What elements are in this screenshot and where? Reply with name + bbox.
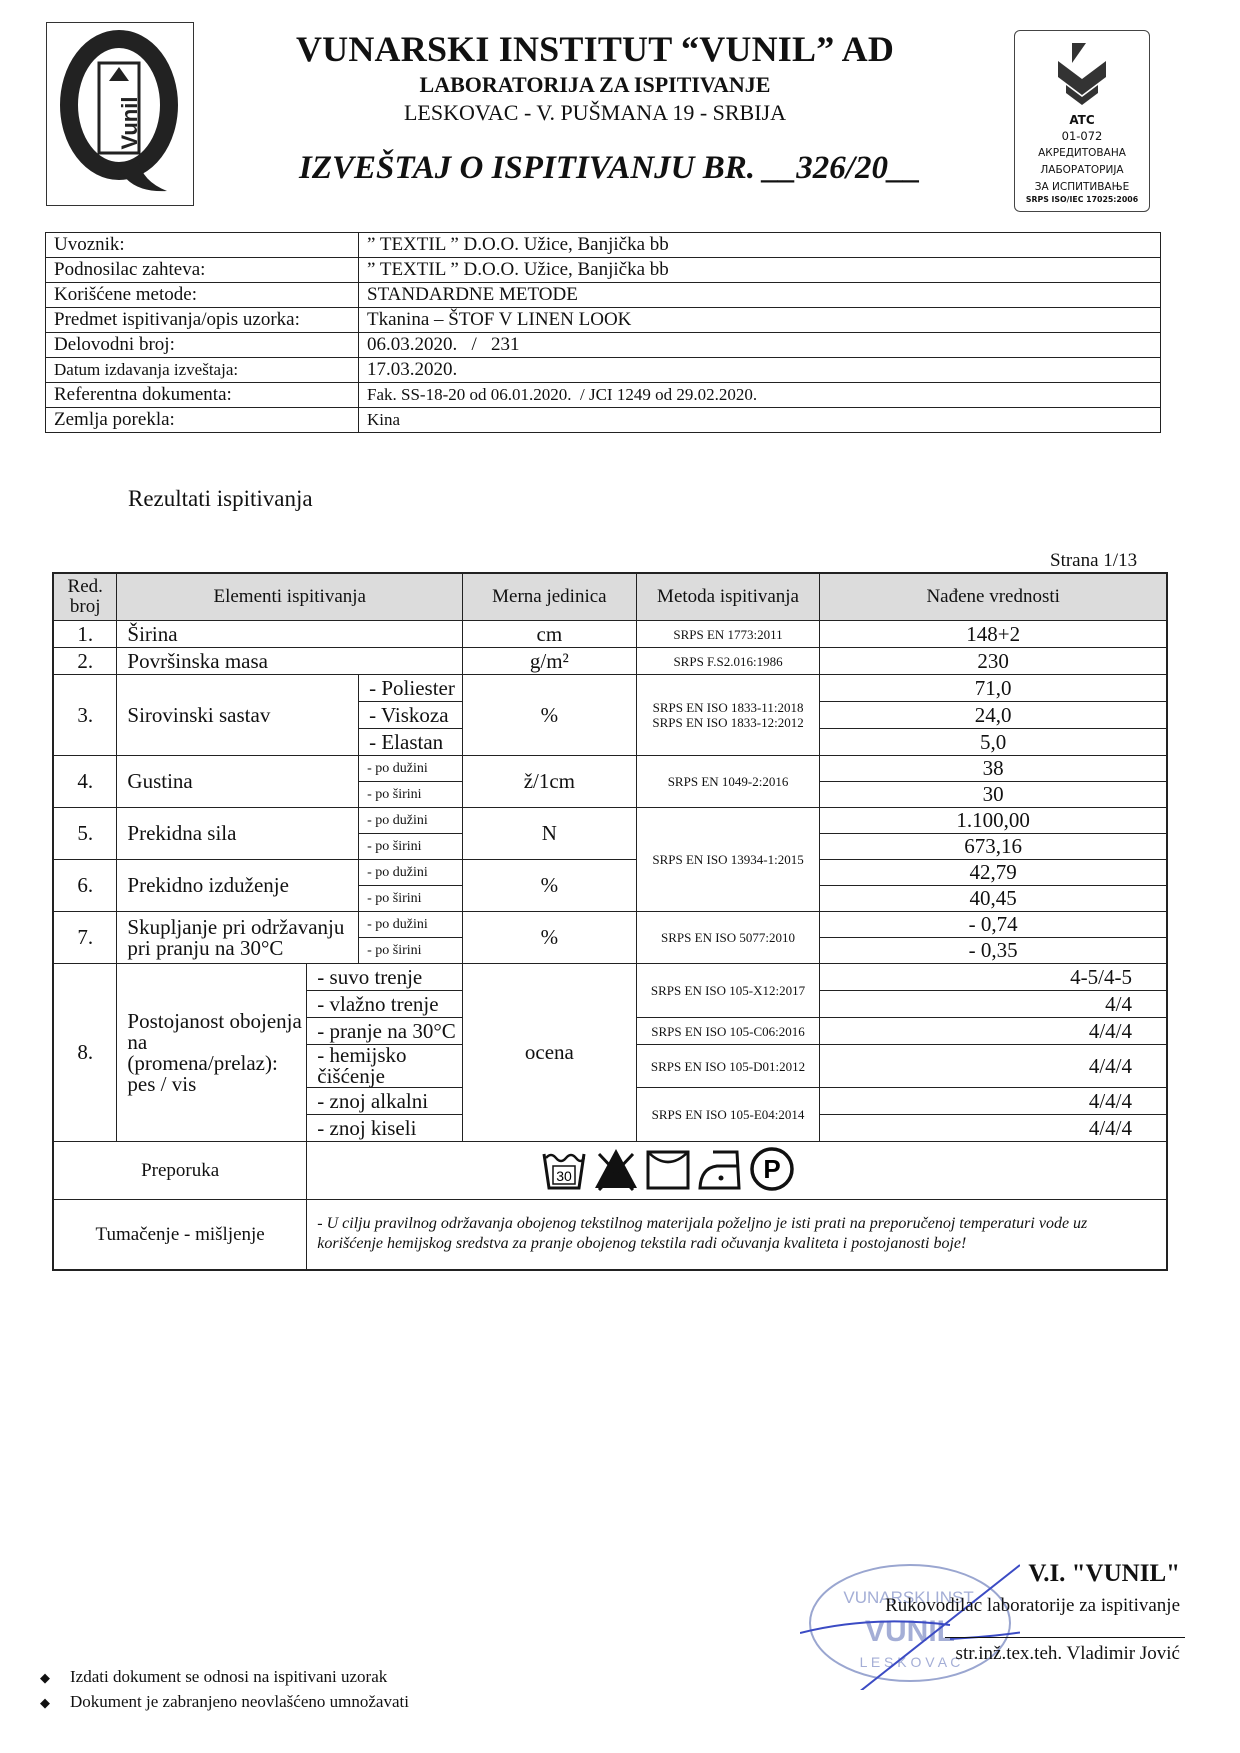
info-row: Delovodni broj:06.03.2020. / 231 <box>46 333 1161 358</box>
row-value: 71,0 <box>820 675 1167 702</box>
row-method: SRPS EN ISO 5077:2010 <box>636 912 820 964</box>
row-unit: ž/1cm <box>463 756 637 808</box>
info-label: Predmet ispitivanja/opis uzorka: <box>46 308 359 333</box>
row-no: 8. <box>53 964 117 1142</box>
page-number: Strana 1/13 <box>1050 550 1137 572</box>
row-value: 4-5/4-5 <box>820 964 1167 991</box>
note-item: ◆Dokument je zabranjeno neovlašćeno umno… <box>40 1690 409 1715</box>
accreditation-badge: ATC 01-072 АКРЕДИТОВАНА ЛАБОРАТОРИЈА ЗА … <box>1014 30 1150 212</box>
row-value: 40,45 <box>820 886 1167 912</box>
wash-30-icon: 30 <box>541 1146 587 1192</box>
info-label: Delovodni broj: <box>46 333 359 358</box>
row-value: 230 <box>820 648 1167 675</box>
table-row: 1. Širina cm SRPS EN 1773:2011 148+2 <box>53 621 1167 648</box>
row-subitem: - po dužini <box>359 756 463 782</box>
row-value: 4/4 <box>820 991 1167 1018</box>
iron-low-icon <box>697 1146 743 1192</box>
row-value: 4/4/4 <box>820 1088 1167 1115</box>
report-title: IZVEŠTAJ O ISPITIVANJU BR. __326/20__ <box>270 150 950 187</box>
info-value: Kina <box>359 408 1161 433</box>
row-value: 673,16 <box>820 834 1167 860</box>
report-info-table: Uvoznik:” TEXTIL ” D.O.O. Užice, Banjičk… <box>45 232 1161 433</box>
row-subitem: - Elastan <box>359 729 463 756</box>
info-row: Uvoznik:” TEXTIL ” D.O.O. Užice, Banjičk… <box>46 233 1161 258</box>
row-subitem: - po dužini <box>359 860 463 886</box>
row-subitem: - po dužini <box>359 912 463 938</box>
results-title: Rezultati ispitivanja <box>128 486 313 512</box>
header-method: Metoda ispitivanja <box>636 573 820 621</box>
element-line: pri pranju na 30°C <box>127 936 283 960</box>
opinion-label: Tumačenje - mišljenje <box>53 1200 307 1270</box>
institute-logo: Vunil <box>46 22 194 206</box>
info-value: ” TEXTIL ” D.O.O. Užice, Banjička bb <box>359 258 1161 283</box>
table-row: 2. Površinska masa g/m² SRPS F.S2.016:19… <box>53 648 1167 675</box>
results-header-row: Red. broj Elementi ispitivanja Merna jed… <box>53 573 1167 621</box>
table-row: 3. Sirovinski sastav - Poliester % SRPS … <box>53 675 1167 702</box>
row-subitem: - Viskoza <box>359 702 463 729</box>
row-method: SRPS EN 1773:2011 <box>636 621 820 648</box>
row-subitem: - hemijsko čišćenje <box>307 1045 463 1088</box>
lab-name: LABORATORIJA ZA ISPITIVANJE <box>230 72 960 98</box>
header-element: Elementi ispitivanja <box>117 573 463 621</box>
header-unit: Merna jedinica <box>463 573 637 621</box>
row-unit: % <box>463 912 637 964</box>
atc-code: ATC <box>1015 113 1149 127</box>
row-method: SRPS EN ISO 105-E04:2014 <box>636 1088 820 1142</box>
atc-line1: АКРЕДИТОВАНА <box>1015 147 1149 160</box>
row-subitem: - po širini <box>359 834 463 860</box>
atc-number: 01-072 <box>1015 129 1149 143</box>
tumble-dry-icon <box>645 1146 691 1192</box>
info-row: Referentna dokumenta:Fak. SS-18-20 od 06… <box>46 383 1161 408</box>
note-text: Dokument je zabranjeno neovlašćeno umnož… <box>70 1692 409 1711</box>
row-no: 4. <box>53 756 117 808</box>
svg-text:P: P <box>764 1154 781 1184</box>
row-unit: % <box>463 860 637 912</box>
row-value: 148+2 <box>820 621 1167 648</box>
svg-text:30: 30 <box>556 1168 572 1184</box>
signature-role: Rukovodilac laboratorije za ispitivanje <box>800 1595 1180 1617</box>
row-value: 24,0 <box>820 702 1167 729</box>
dry-clean-p-icon: P <box>749 1146 795 1192</box>
row-value: - 0,74 <box>820 912 1167 938</box>
info-value: 06.03.2020. / 231 <box>359 333 1161 358</box>
row-value: 1.100,00 <box>820 808 1167 834</box>
header-no: Red. broj <box>53 573 117 621</box>
info-row: Podnosilac zahteva:” TEXTIL ” D.O.O. Uži… <box>46 258 1161 283</box>
row-value: 5,0 <box>820 729 1167 756</box>
bullet-diamond-icon: ◆ <box>40 1666 70 1690</box>
info-row: Zemlja porekla:Kina <box>46 408 1161 433</box>
table-row: 6. Prekidno izduženje - po dužini % 42,7… <box>53 860 1167 886</box>
row-subitem: - po širini <box>359 886 463 912</box>
row-element: Postojanost obojenja na (promena/prelaz)… <box>117 964 307 1142</box>
row-subitem: - suvo trenje <box>307 964 463 991</box>
signature-line <box>945 1637 1185 1638</box>
row-value: 42,79 <box>820 860 1167 886</box>
row-value: 30 <box>820 782 1167 808</box>
info-label: Uvoznik: <box>46 233 359 258</box>
info-label: Podnosilac zahteva: <box>46 258 359 283</box>
row-no: 2. <box>53 648 117 675</box>
row-element: Sirovinski sastav <box>117 675 359 756</box>
row-value: 4/4/4 <box>820 1018 1167 1045</box>
row-value: - 0,35 <box>820 938 1167 964</box>
info-row: Korišćene metode:STANDARDNE METODE <box>46 283 1161 308</box>
row-unit: g/m² <box>463 648 637 675</box>
row-unit: ocena <box>463 964 637 1142</box>
row-value: 38 <box>820 756 1167 782</box>
info-label: Korišćene metode: <box>46 283 359 308</box>
institute-name: VUNARSKI INSTITUT “VUNIL” AD <box>230 28 960 70</box>
info-label: Referentna dokumenta: <box>46 383 359 408</box>
row-no: 3. <box>53 675 117 756</box>
info-value: Fak. SS-18-20 od 06.01.2020. / JCI 1249 … <box>359 383 1161 408</box>
info-row: Predmet ispitivanja/opis uzorka:Tkanina … <box>46 308 1161 333</box>
row-subitem: - po širini <box>359 782 463 808</box>
row-method: SRPS EN ISO 13934-1:2015 <box>636 808 820 912</box>
info-value: STANDARDNE METODE <box>359 283 1161 308</box>
row-unit: % <box>463 675 637 756</box>
signature-org: V.I. "VUNIL" <box>980 1560 1180 1588</box>
header-value: Nađene vrednosti <box>820 573 1167 621</box>
note-item: ◆Izdati dokument se odnosi na ispitivani… <box>40 1665 409 1690</box>
note-text: Izdati dokument se odnosi na ispitivani … <box>70 1667 387 1686</box>
row-element: Gustina <box>117 756 359 808</box>
row-subitem: - pranje na 30°C <box>307 1018 463 1045</box>
row-method: SRPS EN ISO 105-X12:2017 <box>636 964 820 1018</box>
table-row: 5. Prekidna sila - po dužini N SRPS EN I… <box>53 808 1167 834</box>
row-subitem: - po dužini <box>359 808 463 834</box>
row-element: Prekidno izduženje <box>117 860 359 912</box>
row-method: SRPS EN 1049-2:2016 <box>636 756 820 808</box>
row-subitem: - znoj kiseli <box>307 1115 463 1142</box>
no-bleach-icon <box>593 1146 639 1192</box>
row-method: SRPS EN ISO 105-D01:2012 <box>636 1045 820 1088</box>
table-row: 8. Postojanost obojenja na (promena/prel… <box>53 964 1167 991</box>
row-subitem: - vlažno trenje <box>307 991 463 1018</box>
row-no: 6. <box>53 860 117 912</box>
row-element: Površinska masa <box>117 648 463 675</box>
atc-line2: ЛАБОРАТОРИЈА <box>1015 164 1149 177</box>
method-line: SRPS EN ISO 1833-12:2012 <box>652 715 803 730</box>
signature-name: str.inž.tex.teh. Vladimir Jović <box>860 1643 1180 1665</box>
row-subitem: - Poliester <box>359 675 463 702</box>
row-subitem: - znoj alkalni <box>307 1088 463 1115</box>
atc-logo-icon <box>1052 41 1112 107</box>
row-unit: N <box>463 808 637 860</box>
footer-notes: ◆Izdati dokument se odnosi na ispitivani… <box>40 1665 409 1715</box>
info-value: 17.03.2020. <box>359 358 1161 383</box>
method-line: SRPS EN ISO 1833-11:2018 <box>653 700 804 715</box>
opinion-row: Tumačenje - mišljenje - U cilju pravilno… <box>53 1200 1167 1270</box>
recommendation-row: Preporuka 30 <box>53 1142 1167 1200</box>
row-value: 4/4/4 <box>820 1115 1167 1142</box>
row-subitem: - po širini <box>359 938 463 964</box>
info-row: Datum izdavanja izveštaja:17.03.2020. <box>46 358 1161 383</box>
results-table: Red. broj Elementi ispitivanja Merna jed… <box>52 572 1168 1271</box>
info-label: Zemlja porekla: <box>46 408 359 433</box>
atc-line3: ЗА ИСПИТИВАЊЕ <box>1015 181 1149 194</box>
atc-standard: SRPS ISO/IEC 17025:2006 <box>1015 195 1149 204</box>
table-row: 7. Skupljanje pri održavanjupri pranju n… <box>53 912 1167 938</box>
recommendation-label: Preporuka <box>53 1142 307 1200</box>
lab-address: LESKOVAC - V. PUŠMANA 19 - SRBIJA <box>230 100 960 126</box>
row-method: SRPS EN ISO 105-C06:2016 <box>636 1018 820 1045</box>
info-label: Datum izdavanja izveštaja: <box>46 358 359 383</box>
row-unit: cm <box>463 621 637 648</box>
row-no: 1. <box>53 621 117 648</box>
row-element: Skupljanje pri održavanjupri pranju na 3… <box>117 912 359 964</box>
row-method: SRPS EN ISO 1833-11:2018SRPS EN ISO 1833… <box>636 675 820 756</box>
info-value: Tkanina – ŠTOF V LINEN LOOK <box>359 308 1161 333</box>
row-element: Prekidna sila <box>117 808 359 860</box>
vunil-q-logo-icon: Vunil <box>47 23 193 205</box>
info-value: ” TEXTIL ” D.O.O. Užice, Banjička bb <box>359 233 1161 258</box>
bullet-diamond-icon: ◆ <box>40 1691 70 1715</box>
row-no: 5. <box>53 808 117 860</box>
table-row: 4. Gustina - po dužini ž/1cm SRPS EN 104… <box>53 756 1167 782</box>
row-method: SRPS F.S2.016:1986 <box>636 648 820 675</box>
opinion-text: - U cilju pravilnog održavanja obojenog … <box>307 1200 1167 1270</box>
row-value: 4/4/4 <box>820 1045 1167 1088</box>
row-no: 7. <box>53 912 117 964</box>
svg-text:Vunil: Vunil <box>117 97 142 150</box>
row-element: Širina <box>117 621 463 648</box>
care-symbols: 30 P <box>307 1142 1167 1200</box>
